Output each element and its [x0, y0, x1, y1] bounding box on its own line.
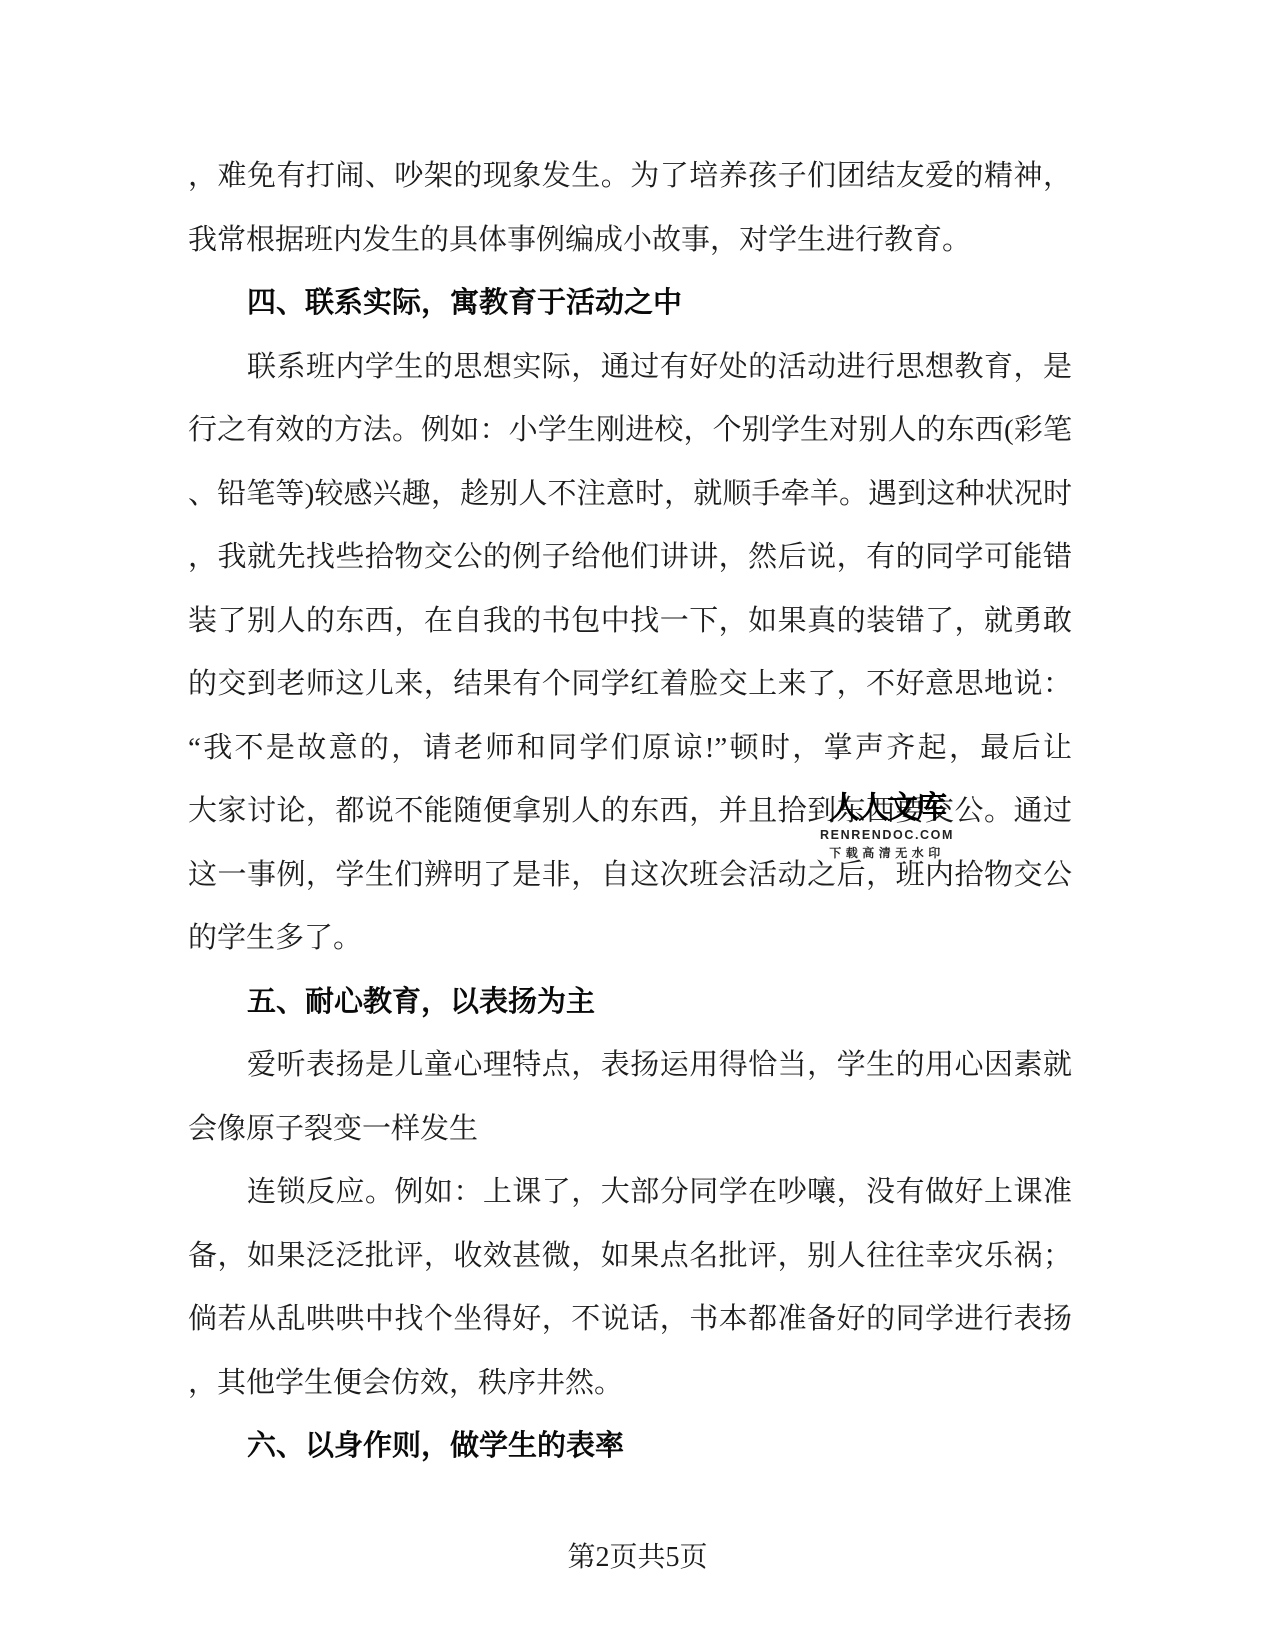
text-line: ，难免有打闹、吵架的现象发生。为了培养孩子们团结友爱的精神，: [188, 145, 1072, 209]
text-line: 我常根据班内发生的具体事例编成小故事，对学生进行教育。: [188, 209, 1072, 273]
text-line: 的交到老师这儿来，结果有个同学红着脸交上来了，不好意思地说：: [188, 653, 1072, 717]
text-line: ，其他学生便会仿效，秩序井然。: [188, 1352, 1072, 1416]
text-line: 装了别人的东西，在自我的书包中找一下，如果真的装错了，就勇敢: [188, 590, 1072, 654]
page-footer: 第2页共5页: [0, 1541, 1275, 1575]
text-line: 联系班内学生的思想实际，通过有好处的活动进行思想教育，是: [188, 336, 1072, 400]
text-line: 会像原子裂变一样发生: [188, 1098, 1072, 1162]
page-number: 第2页共5页: [567, 1542, 707, 1573]
text-line: 爱听表扬是儿童心理特点，表扬运用得恰当，学生的用心因素就: [188, 1034, 1072, 1098]
section-heading: 五、耐心教育，以表扬为主: [188, 971, 1072, 1035]
text-line: 倘若从乱哄哄中找个坐得好，不说话，书本都准备好的同学进行表扬: [188, 1288, 1072, 1352]
text-line: 、铅笔等)较感兴趣，趁别人不注意时，就顺手牵羊。遇到这种状况时: [188, 463, 1072, 527]
text-line: 的学生多了。: [188, 907, 1072, 971]
section-heading: 四、联系实际，寓教育于活动之中: [188, 272, 1072, 336]
text-line: ，我就先找些拾物交公的例子给他们讲讲，然后说，有的同学可能错: [188, 526, 1072, 590]
text-line: 连锁反应。例如：上课了，大部分同学在吵嚷，没有做好上课准: [188, 1161, 1072, 1225]
text-line: “我不是故意的，请老师和同学们原谅!”顿时，掌声齐起，最后让: [188, 717, 1072, 781]
document-page: ，难免有打闹、吵架的现象发生。为了培养孩子们团结友爱的精神，我常根据班内发生的具…: [0, 0, 1275, 1650]
text-line: 大家讨论，都说不能随便拿别人的东西，并且拾到东西要交公。通过: [188, 780, 1072, 844]
section-heading: 六、以身作则，做学生的表率: [188, 1415, 1072, 1479]
text-line: 备，如果泛泛批评，收效甚微，如果点名批评，别人往往幸灾乐祸；: [188, 1225, 1072, 1289]
document-body: ，难免有打闹、吵架的现象发生。为了培养孩子们团结友爱的精神，我常根据班内发生的具…: [188, 145, 1072, 1479]
text-line: 行之有效的方法。例如：小学生刚进校，个别学生对别人的东西(彩笔: [188, 399, 1072, 463]
text-line: 这一事例，学生们辨明了是非，自这次班会活动之后，班内拾物交公: [188, 844, 1072, 908]
